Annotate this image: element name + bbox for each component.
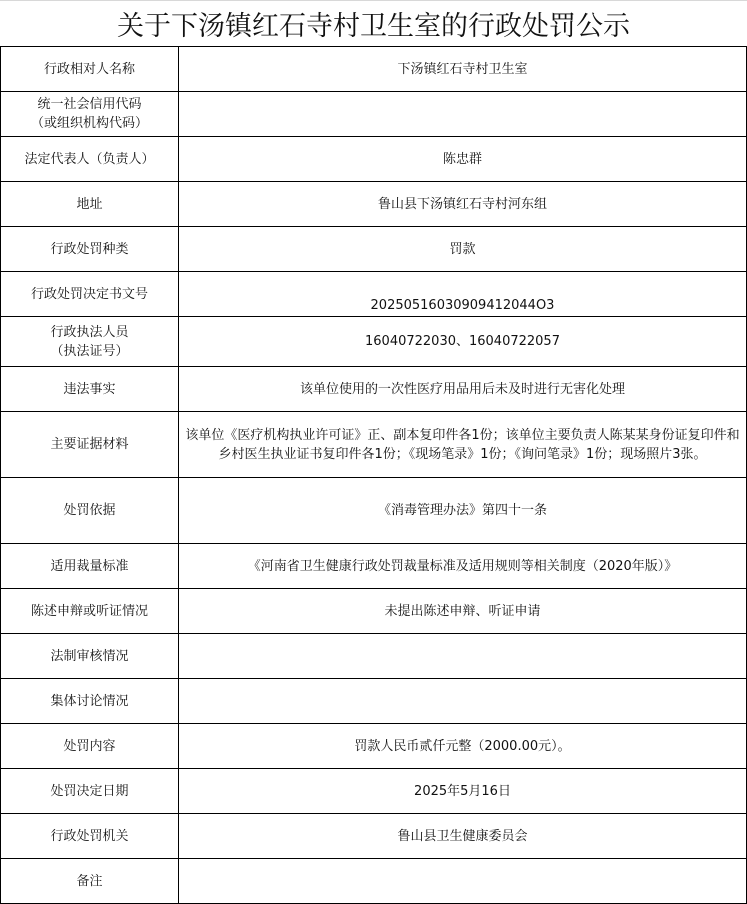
row-hearing-status: 陈述申辩或听证情况 未提出陈述申辩、听证申请 <box>1 589 747 634</box>
value-evidence: 该单位《医疗机构执业许可证》正、副本复印件各1份；该单位主要负责人陈某某身份证复… <box>179 412 747 478</box>
label-legal-representative: 法定代表人（负责人） <box>1 137 179 182</box>
row-remarks: 备注 <box>1 859 747 904</box>
row-discretion-standard: 适用裁量标准 《河南省卫生健康行政处罚裁量标准及适用规则等相关制度（2020年版… <box>1 544 747 589</box>
label-penalty-type: 行政处罚种类 <box>1 227 179 272</box>
row-legal-representative: 法定代表人（负责人） 陈忠群 <box>1 137 747 182</box>
row-legal-basis: 处罚依据 《消毒管理办法》第四十一条 <box>1 478 747 544</box>
row-evidence: 主要证据材料 该单位《医疗机构执业许可证》正、副本复印件各1份；该单位主要负责人… <box>1 412 747 478</box>
label-penalty-authority: 行政处罚机关 <box>1 814 179 859</box>
label-evidence: 主要证据材料 <box>1 412 179 478</box>
value-enforcement-officers: 16040722030、16040722057 <box>179 317 747 367</box>
label-legal-basis: 处罚依据 <box>1 478 179 544</box>
value-penalty-authority: 鲁山县卫生健康委员会 <box>179 814 747 859</box>
document-title: 关于下汤镇红石寺村卫生室的行政处罚公示 <box>0 0 747 46</box>
value-decision-number: 20250516030909412044O3 <box>179 272 747 317</box>
label-penalty-content: 处罚内容 <box>1 724 179 769</box>
value-legal-basis: 《消毒管理办法》第四十一条 <box>179 478 747 544</box>
value-counterparty-name: 下汤镇红石寺村卫生室 <box>179 47 747 92</box>
value-remarks <box>179 859 747 904</box>
label-decision-number: 行政处罚决定书文号 <box>1 272 179 317</box>
row-penalty-type: 行政处罚种类 罚款 <box>1 227 747 272</box>
row-legal-review: 法制审核情况 <box>1 634 747 679</box>
value-violation-facts: 该单位使用的一次性医疗用品用后未及时进行无害化处理 <box>179 367 747 412</box>
row-credit-code: 统一社会信用代码 （或组织机构代码） <box>1 92 747 137</box>
value-credit-code <box>179 92 747 137</box>
row-counterparty-name: 行政相对人名称 下汤镇红石寺村卫生室 <box>1 47 747 92</box>
row-violation-facts: 违法事实 该单位使用的一次性医疗用品用后未及时进行无害化处理 <box>1 367 747 412</box>
penalty-notice-page: 关于下汤镇红石寺村卫生室的行政处罚公示 行政相对人名称 下汤镇红石寺村卫生室 统… <box>0 0 747 904</box>
label-hearing-status: 陈述申辩或听证情况 <box>1 589 179 634</box>
row-penalty-authority: 行政处罚机关 鲁山县卫生健康委员会 <box>1 814 747 859</box>
value-legal-representative: 陈忠群 <box>179 137 747 182</box>
row-enforcement-officers: 行政执法人员 （执法证号） 16040722030、16040722057 <box>1 317 747 367</box>
label-violation-facts: 违法事实 <box>1 367 179 412</box>
value-legal-review <box>179 634 747 679</box>
value-address: 鲁山县下汤镇红石寺村河东组 <box>179 182 747 227</box>
value-discretion-standard: 《河南省卫生健康行政处罚裁量标准及适用规则等相关制度（2020年版）》 <box>179 544 747 589</box>
value-penalty-type: 罚款 <box>179 227 747 272</box>
penalty-record-table: 行政相对人名称 下汤镇红石寺村卫生室 统一社会信用代码 （或组织机构代码） 法定… <box>0 46 747 904</box>
row-address: 地址 鲁山县下汤镇红石寺村河东组 <box>1 182 747 227</box>
row-collective-discussion: 集体讨论情况 <box>1 679 747 724</box>
row-decision-date: 处罚决定日期 2025年5月16日 <box>1 769 747 814</box>
label-decision-date: 处罚决定日期 <box>1 769 179 814</box>
label-enforcement-officers: 行政执法人员 （执法证号） <box>1 317 179 367</box>
value-decision-date: 2025年5月16日 <box>179 769 747 814</box>
label-collective-discussion: 集体讨论情况 <box>1 679 179 724</box>
value-collective-discussion <box>179 679 747 724</box>
label-counterparty-name: 行政相对人名称 <box>1 47 179 92</box>
row-penalty-content: 处罚内容 罚款人民币贰仟元整（2000.00元）。 <box>1 724 747 769</box>
label-discretion-standard: 适用裁量标准 <box>1 544 179 589</box>
row-decision-number: 行政处罚决定书文号 20250516030909412044O3 <box>1 272 747 317</box>
label-legal-review: 法制审核情况 <box>1 634 179 679</box>
label-credit-code: 统一社会信用代码 （或组织机构代码） <box>1 92 179 137</box>
label-address: 地址 <box>1 182 179 227</box>
label-remarks: 备注 <box>1 859 179 904</box>
value-penalty-content: 罚款人民币贰仟元整（2000.00元）。 <box>179 724 747 769</box>
value-hearing-status: 未提出陈述申辩、听证申请 <box>179 589 747 634</box>
